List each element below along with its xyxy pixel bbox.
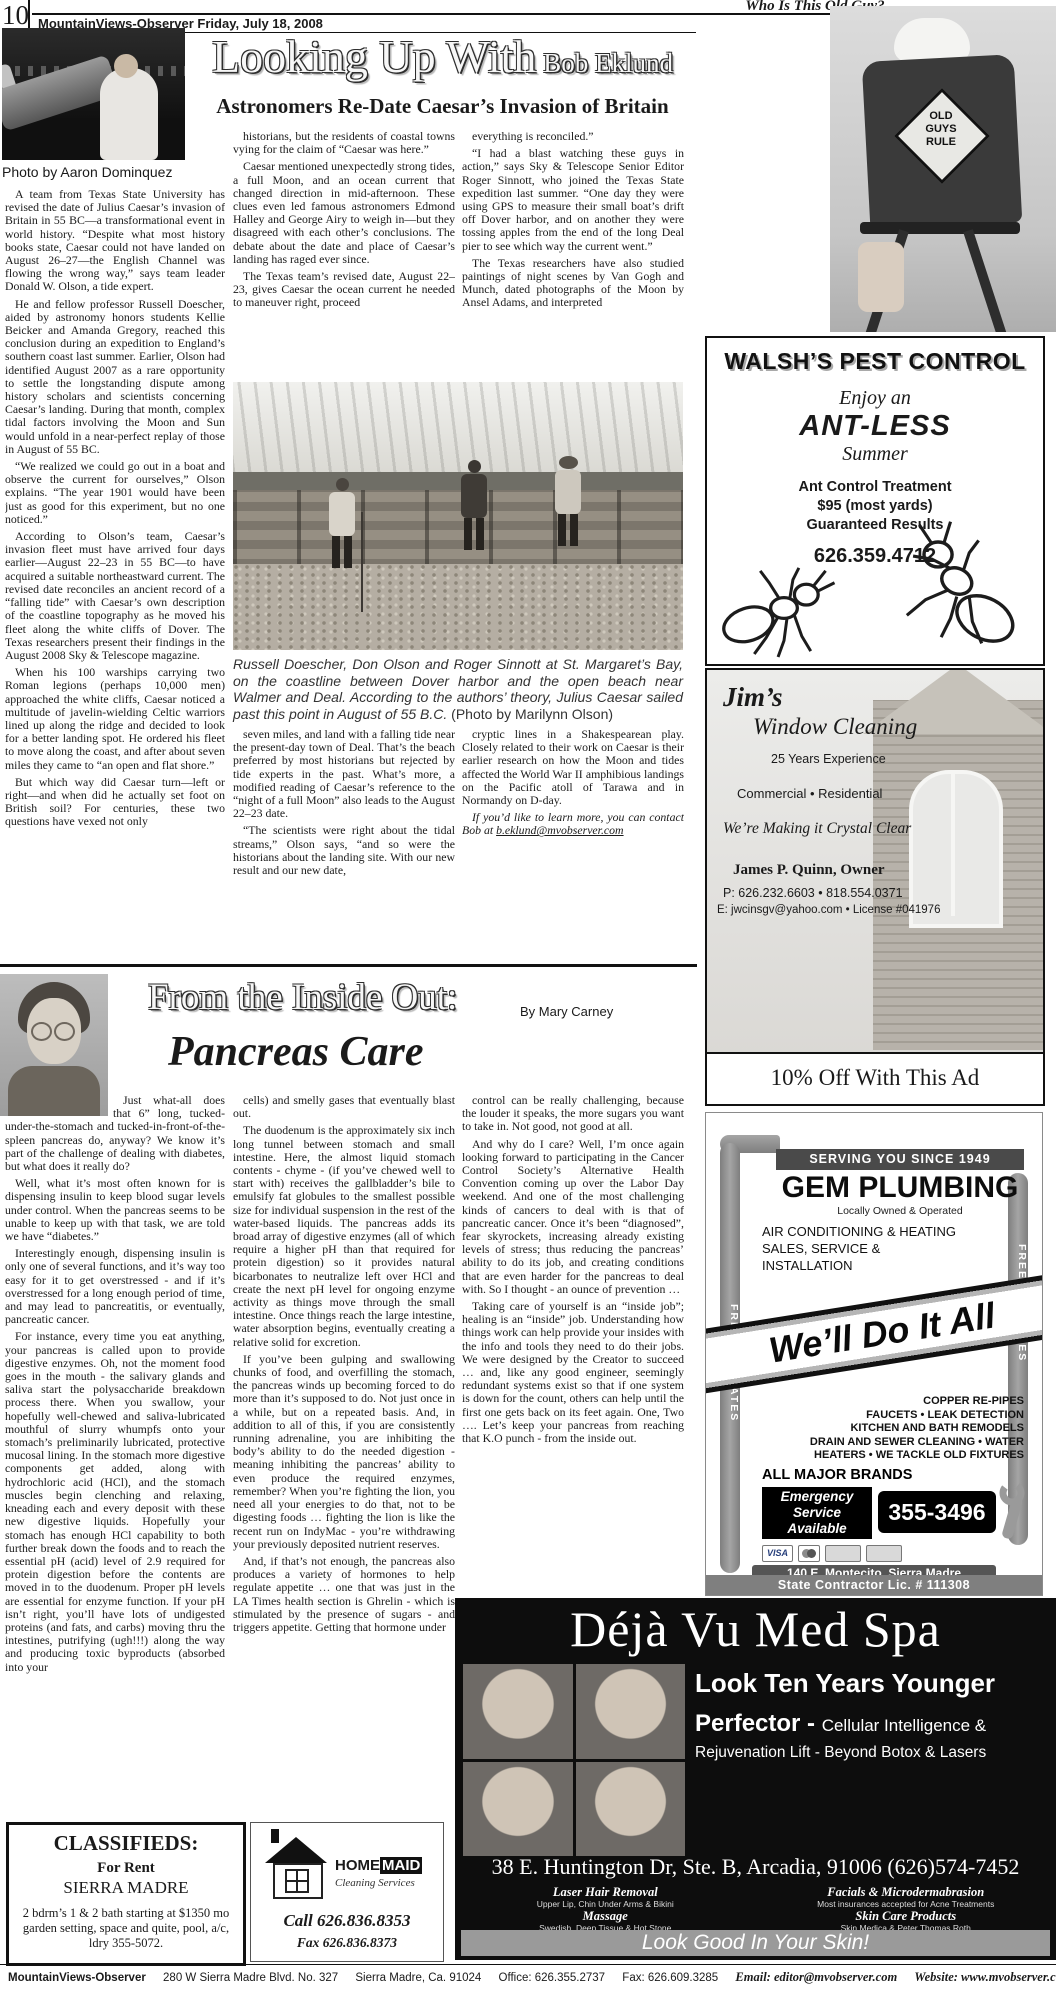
gem-serving-banner: SERVING YOU SINCE 1949: [776, 1149, 1024, 1170]
pancreas-column-1: Just what-all does that 6” long, tucked-…: [5, 1094, 225, 1806]
service-item: Skin Care Products: [756, 1910, 1056, 1923]
visa-logo: VISA: [762, 1545, 793, 1562]
column-title-inside-out: From the Inside Out:: [148, 976, 457, 1019]
footer-website: Website: www.mvobserver.com: [914, 1970, 1056, 1984]
gem-banner: We’ll Do It All: [705, 1270, 1043, 1396]
caesar-column-3-bottom: cryptic lines in a Shakespearean play. C…: [462, 728, 684, 962]
gem-name: GEM PLUMBING: [776, 1171, 1024, 1205]
footer-address: 280 W Sierra Madre Blvd. No. 327: [163, 1972, 338, 1984]
homemaid-phone: Call 626.836.8353: [251, 1911, 443, 1931]
leg-graphic: [858, 242, 904, 312]
jims-owner: James P. Quinn, Owner: [733, 862, 885, 879]
gem-phone: 355-3496: [878, 1491, 996, 1533]
paragraph: FAUCETS • LEAK DETECTION: [786, 1409, 1024, 1423]
telescope-photo-credit: Photo by Aaron Dominquez: [2, 164, 172, 180]
paragraph: SALES, SERVICE &: [762, 1240, 972, 1257]
homemaid-home: HOME: [335, 1857, 380, 1874]
telescope-photo: [2, 28, 185, 160]
column-author: Bob Eklund: [536, 48, 673, 78]
paragraph: According to Olson’s team, Caesar’s inva…: [5, 530, 225, 662]
observer-figure-graphic: [100, 68, 158, 160]
gem-hvac-lines: AIR CONDITIONING & HEATINGSALES, SERVICE…: [762, 1223, 972, 1274]
person-figure-3: [555, 456, 581, 546]
paragraph: And why do I care? Well, I’m once again …: [462, 1138, 684, 1296]
breakwater-posts-graphic: [233, 490, 683, 568]
caesar-column-2-bottom: seven miles, and land with a falling tid…: [233, 728, 455, 962]
beach-photo: [233, 382, 683, 650]
page-footer: MountainViews-Observer 280 W Sierra Madr…: [8, 1970, 1052, 1985]
classifieds-title: CLASSIFIEDS:: [9, 1831, 243, 1856]
paragraph: DRAIN AND SEWER CLEANING • WATER: [786, 1436, 1024, 1450]
person-figure-1: [329, 478, 355, 568]
contact-email: b.eklund@mvobserver.com: [496, 823, 623, 837]
mastercard-logo: [798, 1545, 820, 1562]
paragraph: HEATERS • WE TACKLE OLD FIXTURES: [786, 1449, 1024, 1463]
walsh-price: $95 (most yards): [707, 497, 1043, 516]
chair-seat-graphic: [860, 222, 1020, 234]
white-hair-graphic: [894, 18, 970, 62]
paragraph: The Texas researchers have also studied …: [462, 257, 684, 310]
paragraph: A team from Texas State University has r…: [5, 188, 225, 294]
caption-credit: (Photo by Marilynn Olson): [451, 706, 613, 722]
paragraph: He and fellow professor Russell Doescher…: [5, 298, 225, 456]
walsh-title: WALSH’S PEST CONTROL: [707, 348, 1043, 375]
paragraph: Taking care of yourself is an “inside jo…: [462, 1300, 684, 1445]
house-window-graphic: [285, 1869, 309, 1893]
glasses-graphic: [31, 1022, 77, 1040]
walsh-treatment: Ant Control Treatment: [707, 478, 1043, 497]
house-chimney-graphic: [271, 1829, 279, 1843]
gem-plumbing-ad: FREE ESTIMATES FREE ESTIMATES SERVING YO…: [705, 1112, 1043, 1596]
jims-tagline: We’re Making it Crystal Clear: [723, 820, 911, 838]
chair-leg-graphic: [963, 229, 1007, 332]
gem-banner-text: We’ll Do It All: [766, 1294, 998, 1371]
dejavu-address: 38 E. Huntington Dr, Ste. B, Arcadia, 91…: [455, 1854, 1056, 1880]
walsh-summer: Summer: [707, 443, 1043, 466]
jims-phones: P: 626.232.6603 • 818.554.0371: [723, 886, 903, 900]
classifieds-location: SIERRA MADRE: [9, 1878, 243, 1898]
paragraph: Interestingly enough, dispensing insulin…: [5, 1247, 225, 1326]
article-byline: By Mary Carney: [520, 1004, 613, 1019]
gem-services-list: COPPER RE-PIPESFAUCETS • LEAK DETECTIONK…: [786, 1395, 1024, 1463]
walsh-enjoy: Enjoy an: [707, 387, 1043, 410]
paragraph: But which way did Caesar turn—left or ri…: [5, 776, 225, 829]
dejavu-rejuvenation-line: Rejuvenation Lift - Beyond Botox & Laser…: [695, 1744, 1051, 1762]
tripod-graphic: [361, 512, 363, 612]
paragraph: KITCHEN AND BATH REMODELS: [786, 1422, 1024, 1436]
service-item: Laser Hair Removal: [455, 1886, 756, 1899]
card-logo: [825, 1545, 861, 1562]
model-face-photo: [463, 1664, 573, 1759]
caesar-column-3-paras: cryptic lines in a Shakespearean play. C…: [462, 728, 684, 807]
homemaid-maid: MAID: [380, 1857, 422, 1874]
homemaid-name: HOMEMAID: [335, 1857, 422, 1874]
walsh-antless: ANT-LESS: [707, 410, 1043, 443]
paragraph: INSTALLATION: [762, 1257, 972, 1274]
old-guy-photo: OLDGUYSRULE: [830, 6, 1056, 332]
jims-experience: 25 Years Experience: [771, 752, 886, 766]
paragraph: And, if that’s not enough, the pancreas …: [233, 1555, 455, 1634]
jims-name-rest: Window Cleaning: [753, 714, 917, 740]
model-face-photo: [576, 1664, 686, 1759]
jims-email-license: E: jwcinsgv@yahoo.com • License #041976: [717, 904, 940, 916]
walsh-guarantee: Guaranteed Results: [707, 516, 1043, 535]
gem-brands: ALL MAJOR BRANDS: [762, 1467, 912, 1483]
service-item: Upper Lip, Chin Under Arms & Bikini: [455, 1899, 756, 1909]
paragraph: “I had a blast watching these guys in ac…: [462, 147, 684, 253]
pancreas-col1-paras: Just what-all does that 6” long, tucked-…: [5, 1094, 225, 1674]
perfector-rest: Cellular Intelligence &: [822, 1716, 986, 1735]
homemaid-services: Cleaning Services: [335, 1877, 415, 1889]
model-face-photo: [463, 1762, 573, 1857]
dejavu-title: Déjà Vu Med Spa: [455, 1600, 1056, 1658]
pancreas-column-2: cells) and smelly gases that eventually …: [233, 1094, 455, 1806]
footer-email: Email: editor@mvobserver.com: [735, 1970, 897, 1984]
newspaper-page: { "page": { "number": "10", "masthead": …: [0, 0, 1056, 1991]
paragraph: seven miles, and land with a falling tid…: [233, 728, 455, 820]
homemaid-ad: HOMEMAID Cleaning Services Call 626.836.…: [250, 1822, 444, 1962]
footer-city: Sierra Madre, Ca. 91024: [355, 1972, 481, 1984]
dejavu-headline: Look Ten Years Younger: [695, 1668, 1051, 1699]
gem-license: State Contractor Lic. # 111308: [706, 1575, 1042, 1595]
page-number: 10: [2, 0, 29, 31]
paragraph: AIR CONDITIONING & HEATING: [762, 1223, 972, 1240]
column-title: Looking Up With Bob Eklund: [190, 30, 695, 83]
paragraph: Caesar mentioned unexpectedly strong tid…: [233, 160, 455, 266]
paragraph: cryptic lines in a Shakespearean play. C…: [462, 728, 684, 807]
service-item: Massage: [455, 1910, 756, 1923]
dejavu-bottom-slogan: Look Good In Your Skin!: [461, 1930, 1050, 1956]
jims-services: Commercial • Residential: [737, 786, 882, 801]
gem-emergency: Emergency Service Available: [762, 1487, 872, 1539]
wrench-icon: [990, 1481, 1038, 1548]
paragraph: “We realized we could go out in a boat a…: [5, 460, 225, 526]
classifieds-listing: 2 bdrm’s 1 & 2 bath starting at $1350 mo…: [19, 1906, 233, 1951]
service-item: Most insurances accepted for Acne Treatm…: [756, 1899, 1056, 1909]
footer-office-phone: Office: 626.355.2737: [499, 1972, 606, 1984]
classifieds-category: For Rent: [9, 1860, 243, 1877]
article-subtitle: Pancreas Care: [168, 1028, 424, 1076]
caesar-column-2-top: historians, but the residents of coastal…: [233, 130, 455, 378]
paragraph: The duodenum is the approximately six in…: [233, 1124, 455, 1348]
gem-owned: Locally Owned & Operated: [776, 1205, 1024, 1217]
person-figure-2: [461, 460, 487, 550]
contact-line: If you’d like to learn more, you can con…: [462, 811, 684, 837]
pebble-beach-graphic: [233, 564, 683, 650]
classifieds-box: CLASSIFIEDS: For Rent SIERRA MADRE 2 bdr…: [6, 1822, 246, 1966]
jims-discount-offer: 10% Off With This Ad: [707, 1052, 1043, 1104]
footer-paper-name: MountainViews-Observer: [8, 1972, 146, 1984]
cliff-streaks-graphic: [233, 382, 683, 478]
paragraph: “The scientists were right about the tid…: [233, 824, 455, 877]
house-photo-graphic: [873, 700, 1043, 1050]
homemaid-fax: Fax 626.836.8373: [251, 1935, 443, 1951]
model-faces-photos: [463, 1664, 685, 1856]
paragraph: Well, what it’s most often known for is …: [5, 1177, 225, 1243]
photo-wrap-spacer: [5, 1094, 113, 1118]
column-title-main: Looking Up With: [212, 31, 536, 82]
ant-illustration-left: [709, 556, 859, 665]
paragraph: COPPER RE-PIPES: [786, 1395, 1024, 1409]
observer-head-graphic: [114, 54, 138, 78]
old-guys-rule-text: OLDGUYSRULE: [894, 110, 988, 149]
payment-card-logos: VISA: [762, 1545, 992, 1562]
card-logo: [866, 1545, 902, 1562]
beach-photo-caption: Russell Doescher, Don Olson and Roger Si…: [233, 656, 683, 722]
paragraph: historians, but the residents of coastal…: [233, 130, 455, 156]
footer-rule: [0, 1964, 1056, 1965]
walsh-pest-control-ad: WALSH’S PEST CONTROL Enjoy an ANT-LESS S…: [705, 336, 1045, 666]
caesar-column-3-top: everything is reconciled.”“I had a blast…: [462, 130, 684, 378]
dejavu-med-spa-ad: Déjà Vu Med Spa Look Ten Years Younger P…: [455, 1598, 1056, 1960]
model-face-photo: [576, 1762, 686, 1857]
paragraph: The Texas team’s revised date, August 22…: [233, 270, 455, 310]
walsh-phone: 626.359.4712: [707, 545, 1043, 568]
paragraph: control can be really challenging, becau…: [462, 1094, 684, 1134]
paragraph: everything is reconciled.”: [462, 130, 684, 143]
jims-name: Jim’s: [723, 682, 783, 713]
pancreas-column-3: control can be really challenging, becau…: [462, 1094, 684, 1586]
perfector-bold: Perfector -: [695, 1710, 822, 1737]
paragraph: For instance, every time you eat anythin…: [5, 1330, 225, 1673]
caesar-column-1: A team from Texas State University has r…: [5, 188, 225, 962]
service-item: Facials & Microdermabrasion: [756, 1886, 1056, 1899]
ant-icon: [709, 556, 859, 660]
paragraph: When his 100 warships carrying two Roman…: [5, 666, 225, 772]
jims-window-cleaning-ad: Jim’s Window Cleaning 25 Years Experienc…: [705, 668, 1045, 1106]
article-headline: Astronomers Re-Date Caesar’s Invasion of…: [190, 94, 695, 119]
article-divider-rule: [0, 964, 697, 967]
paragraph: If you’ve been gulping and swallowing ch…: [233, 1353, 455, 1551]
footer-fax: Fax: 626.609.3285: [622, 1972, 718, 1984]
dejavu-perfector: Perfector - Cellular Intelligence &: [695, 1710, 1051, 1738]
paragraph: cells) and smelly gases that eventually …: [233, 1094, 455, 1120]
